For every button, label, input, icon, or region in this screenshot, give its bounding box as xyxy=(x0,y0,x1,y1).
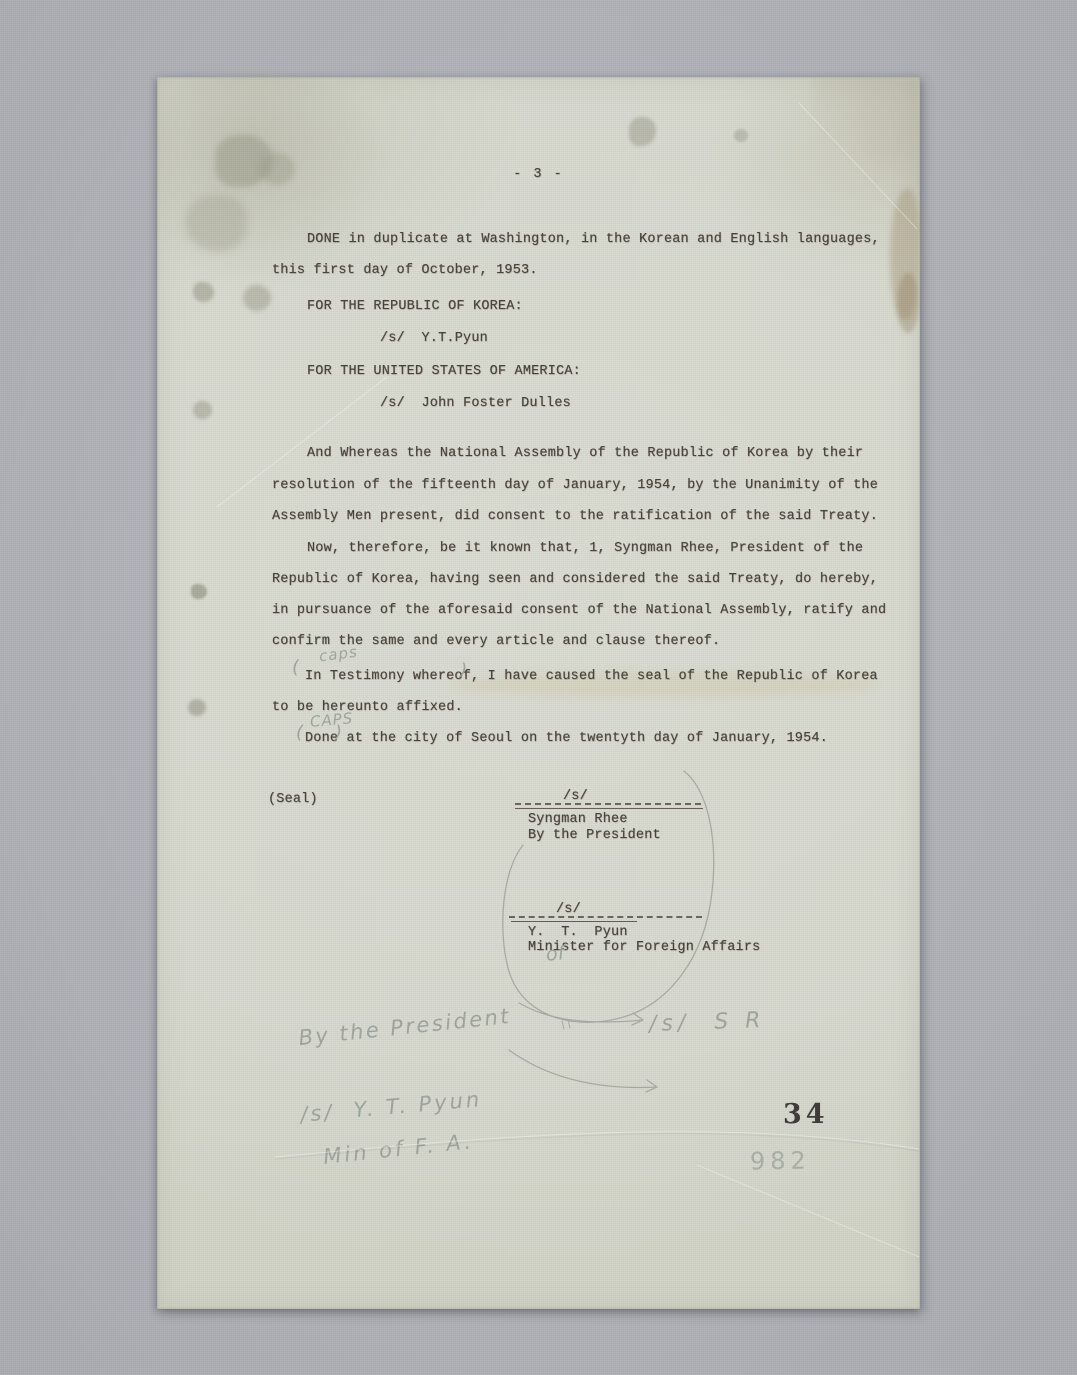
typed-line: in pursuance of the aforesaid consent of… xyxy=(272,602,886,619)
pencil-of-note: of xyxy=(545,942,566,966)
typed-line: DONE in duplicate at Washington, in the … xyxy=(307,231,880,248)
typed-line: /s/ Y.T.Pyun xyxy=(380,330,488,347)
margin-spot xyxy=(188,699,206,716)
typed-line: Republic of Korea, having seen and consi… xyxy=(272,571,878,588)
seal-note: (Seal) xyxy=(268,791,318,808)
corner-stain xyxy=(215,135,273,187)
signature-line xyxy=(511,921,637,922)
corner-stain xyxy=(243,285,271,311)
signature-line xyxy=(509,916,702,918)
stamped-page-number: 34 xyxy=(783,1099,829,1130)
pencil-paren: ( xyxy=(291,657,299,678)
pencil-pyun-note: /s/ Y. T. Pyun xyxy=(299,1087,483,1127)
pencil-paren: ( xyxy=(296,722,303,743)
top-right-tint xyxy=(812,77,920,237)
pencil-number-982: 982 xyxy=(750,1146,811,1175)
arrowhead xyxy=(632,1013,643,1025)
typed-line: /s/ John Foster Dulles xyxy=(380,395,571,412)
arrowhead xyxy=(646,1080,657,1092)
pencil-min-fa-note: Min of F. A. xyxy=(322,1129,475,1169)
right-edge-stain xyxy=(897,273,919,333)
signature-line xyxy=(515,808,703,809)
signatory-name: Syngman Rhee xyxy=(528,811,628,828)
margin-spot xyxy=(191,584,207,599)
top-spot xyxy=(629,117,656,146)
right-edge-stain xyxy=(890,189,920,319)
typed-line: Assembly Men present, did consent to the… xyxy=(272,508,878,525)
pencil-sr-initials: /s/ S R xyxy=(649,1008,766,1037)
paper-crease xyxy=(697,1165,919,1257)
margin-spot xyxy=(193,282,214,302)
typed-line: Now, therefore, be it known that, 1, Syn… xyxy=(307,540,863,557)
typed-line: FOR THE UNITED STATES OF AMERICA: xyxy=(307,363,581,380)
signatory-title: By the President xyxy=(528,827,661,844)
typed-line: In Testimony whereof, I have caused the … xyxy=(305,668,878,685)
page-number: - 3 - xyxy=(307,166,770,183)
typed-line: And Whereas the National Assembly of the… xyxy=(307,445,863,462)
pencil-by-president: By the President xyxy=(297,1004,512,1050)
paper-crease xyxy=(799,103,917,229)
typed-line: resolution of the fifteenth day of Janua… xyxy=(272,477,878,494)
signature-line xyxy=(515,803,701,805)
document-page: - 3 - DONE in duplicate at Washington, i… xyxy=(157,77,920,1309)
typed-line: Done at the city of Seoul on the twentyt… xyxy=(305,730,828,747)
pencil-caps-note: caps xyxy=(318,643,359,666)
corner-stain xyxy=(259,153,295,185)
pencil-paren: ) xyxy=(335,722,342,743)
pencil-tick xyxy=(562,1020,570,1029)
scan-background: - 3 - DONE in duplicate at Washington, i… xyxy=(0,0,1077,1375)
typed-line: FOR THE REPUBLIC OF KOREA: xyxy=(307,298,523,315)
typed-line: this first day of October, 1953. xyxy=(272,262,538,279)
corner-stain xyxy=(185,195,247,251)
margin-spot xyxy=(193,401,212,419)
top-spot xyxy=(734,129,748,142)
pencil-arrow-to-sr xyxy=(519,1003,643,1022)
pencil-arrow-lower xyxy=(509,1050,657,1087)
typed-line: to be hereunto affixed. xyxy=(272,699,463,716)
pencil-caps-note: CAPS xyxy=(309,709,354,731)
